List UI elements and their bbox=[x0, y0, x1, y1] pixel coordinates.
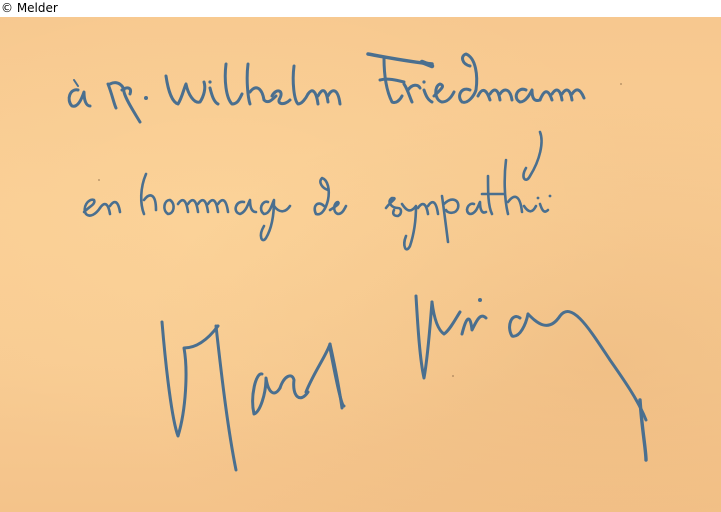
paper-sheet: à M. Wilhelm Friedmann en hommage de sym… bbox=[0, 17, 721, 512]
dedication-line-1 bbox=[69, 54, 584, 122]
handwriting-svg bbox=[0, 0, 721, 512]
dedication-line-2 bbox=[84, 132, 551, 249]
signature-marcel-brion bbox=[162, 296, 646, 470]
